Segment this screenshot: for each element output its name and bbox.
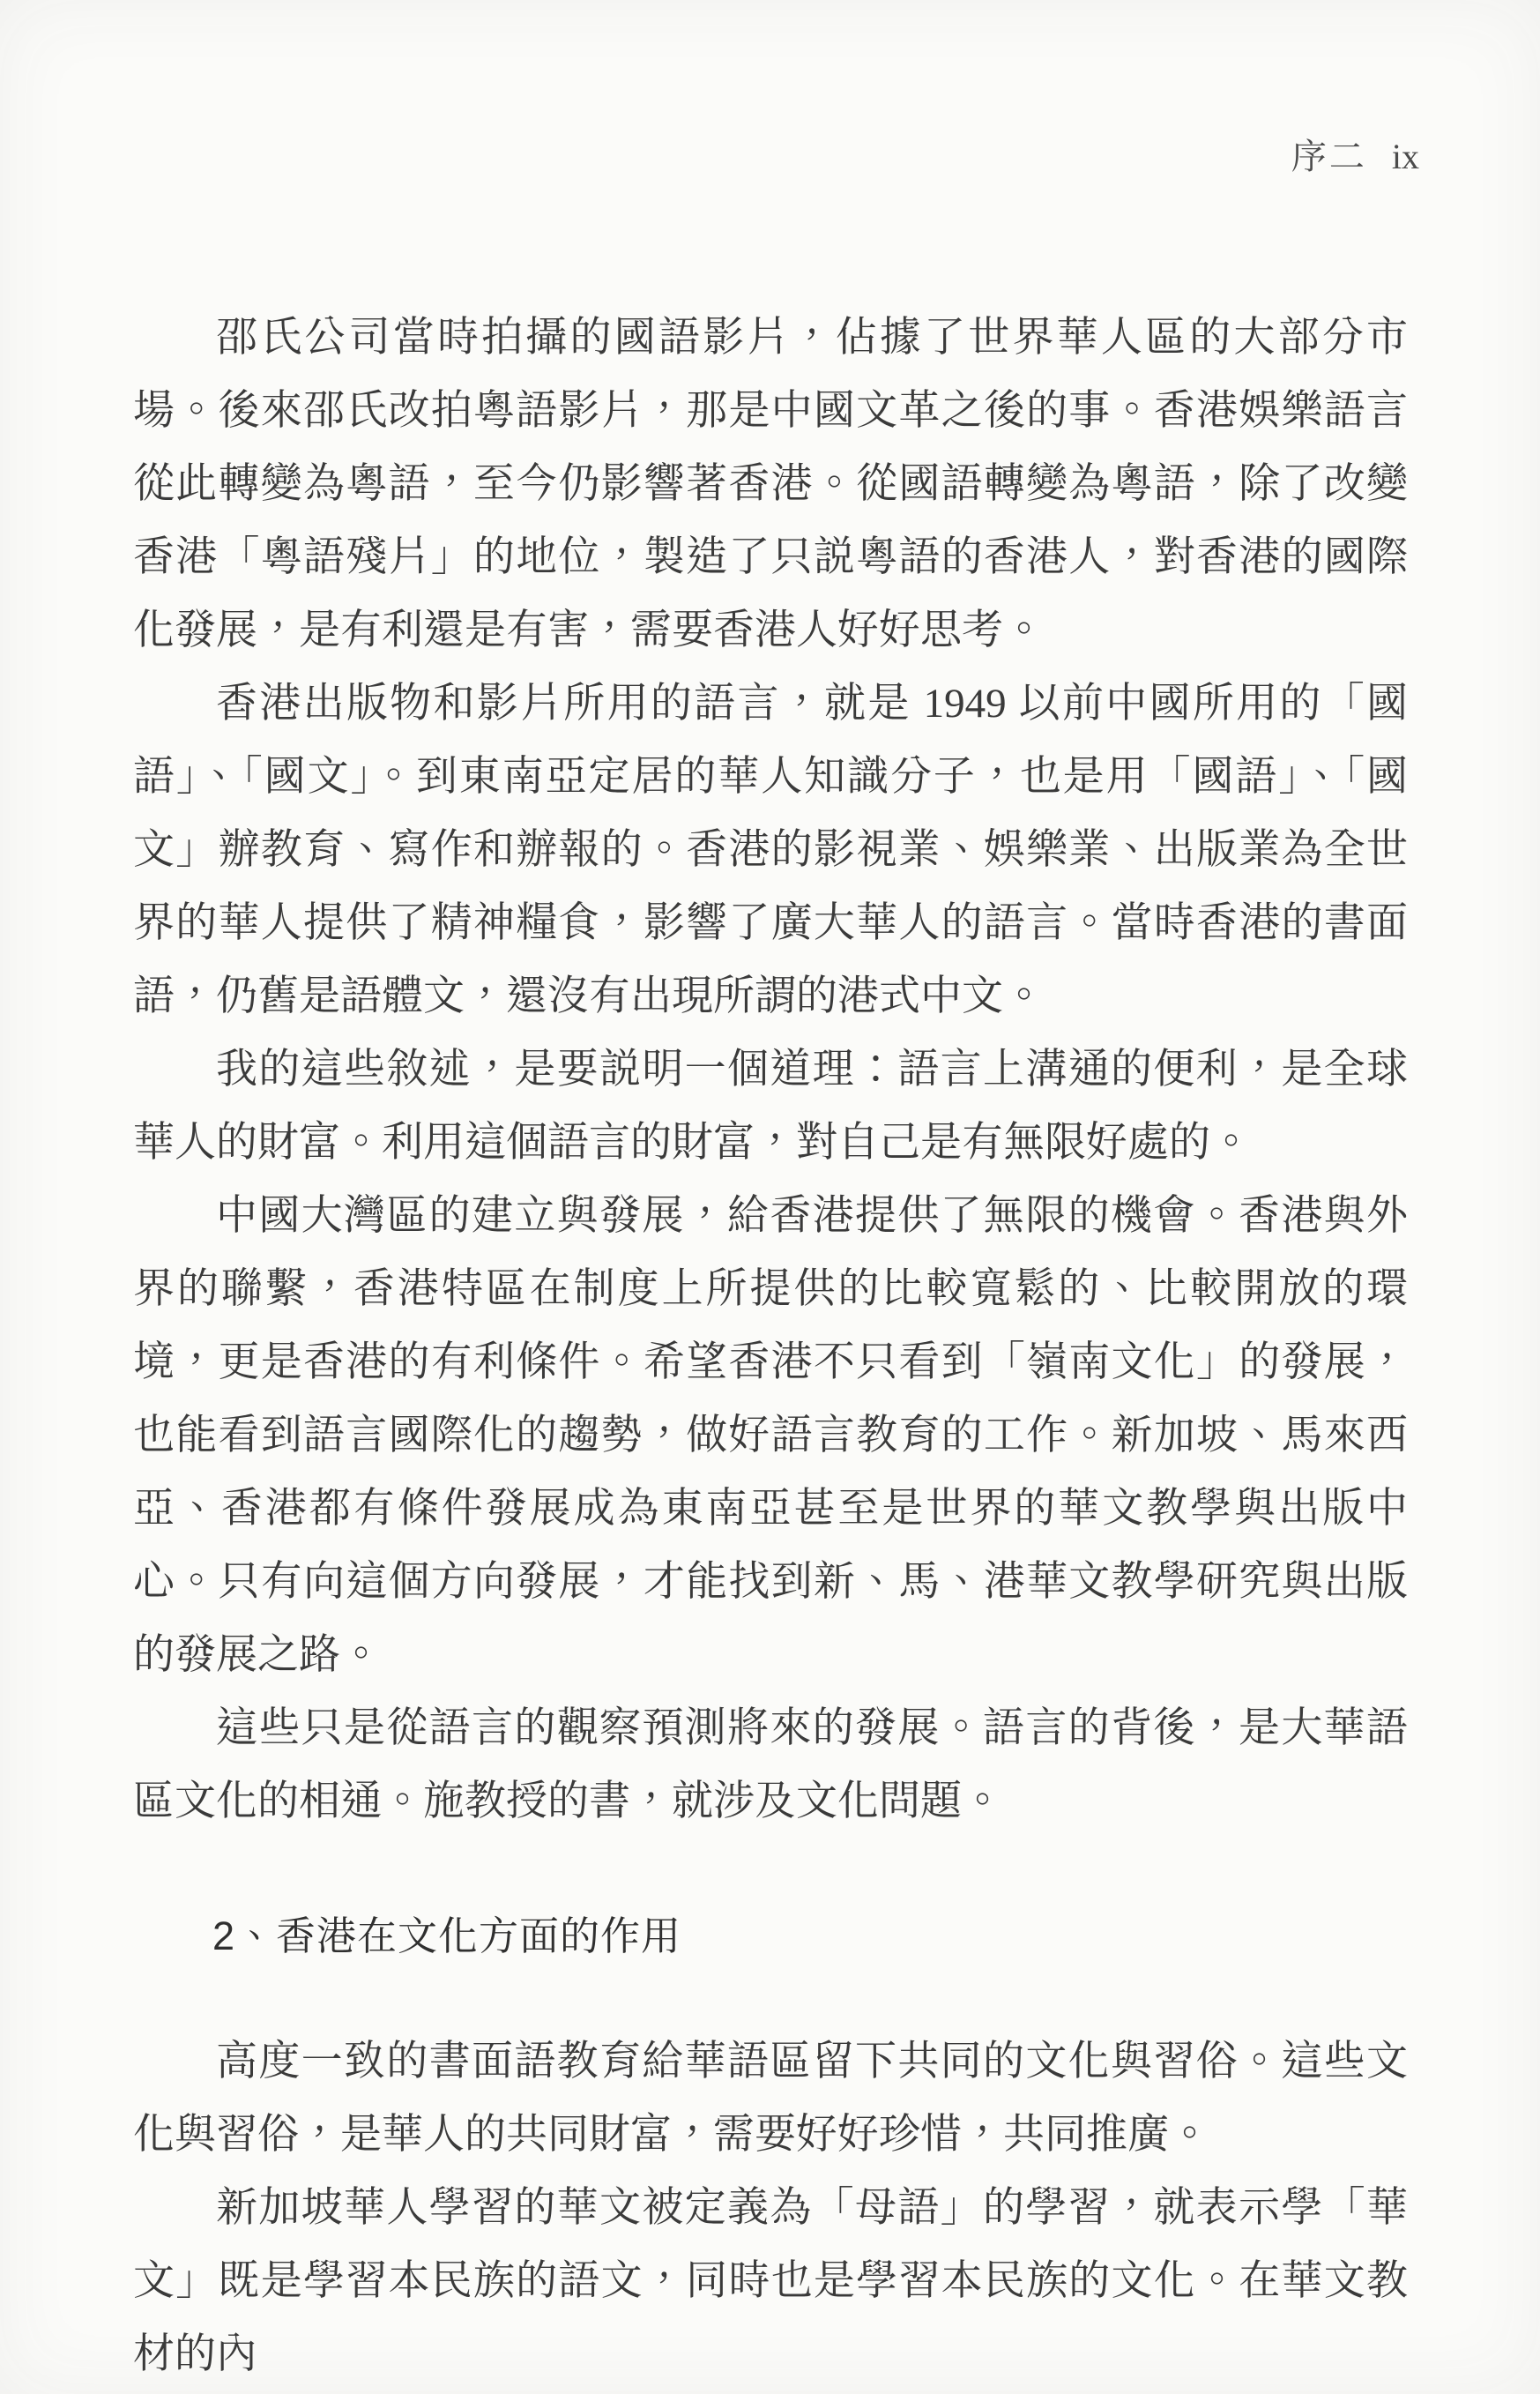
section-heading: 2、香港在文化方面的作用 — [133, 1909, 1408, 1964]
paragraph-communication-wealth: 我的這些敘述，是要説明一個道理：語言上溝通的便利，是全球華人的財富。利用這個語言… — [133, 1033, 1408, 1180]
paragraph-greater-bay-area: 中國大灣區的建立與發展，給香港提供了無限的機會。香港與外界的聯繫，香港特區在制度… — [133, 1180, 1408, 1692]
paragraph-publications-language: 香港出版物和影片所用的語言，就是 1949 以前中國所用的「國語」、「國文」。到… — [133, 667, 1408, 1033]
paragraph-language-prediction: 這些只是從語言的觀察預測將來的發展。語言的背後，是大華語區文化的相通。施教授的書… — [133, 1692, 1408, 1838]
paragraph-mother-tongue: 新加坡華人學習的華文被定義為「母語」的學習，就表示學「華文」既是學習本民族的語文… — [133, 2172, 1408, 2391]
book-page: 序二ix 邵氏公司當時拍攝的國語影片，佔據了世界華人區的大部分市場。後來邵氏改拍… — [0, 0, 1540, 2394]
page-body: 邵氏公司當時拍攝的國語影片，佔據了世界華人區的大部分市場。後來邵氏改拍粵語影片，… — [133, 302, 1408, 2391]
header-section-title: 序二 — [1291, 137, 1367, 176]
paragraph-shared-culture: 高度一致的書面語教育給華語區留下共同的文化與習俗。這些文化與習俗，是華人的共同財… — [133, 2025, 1408, 2172]
header-page-number: ix — [1392, 137, 1419, 176]
paragraph-shaw-mandarin-films: 邵氏公司當時拍攝的國語影片，佔據了世界華人區的大部分市場。後來邵氏改拍粵語影片，… — [133, 302, 1408, 667]
running-header: 序二ix — [1291, 129, 1419, 179]
